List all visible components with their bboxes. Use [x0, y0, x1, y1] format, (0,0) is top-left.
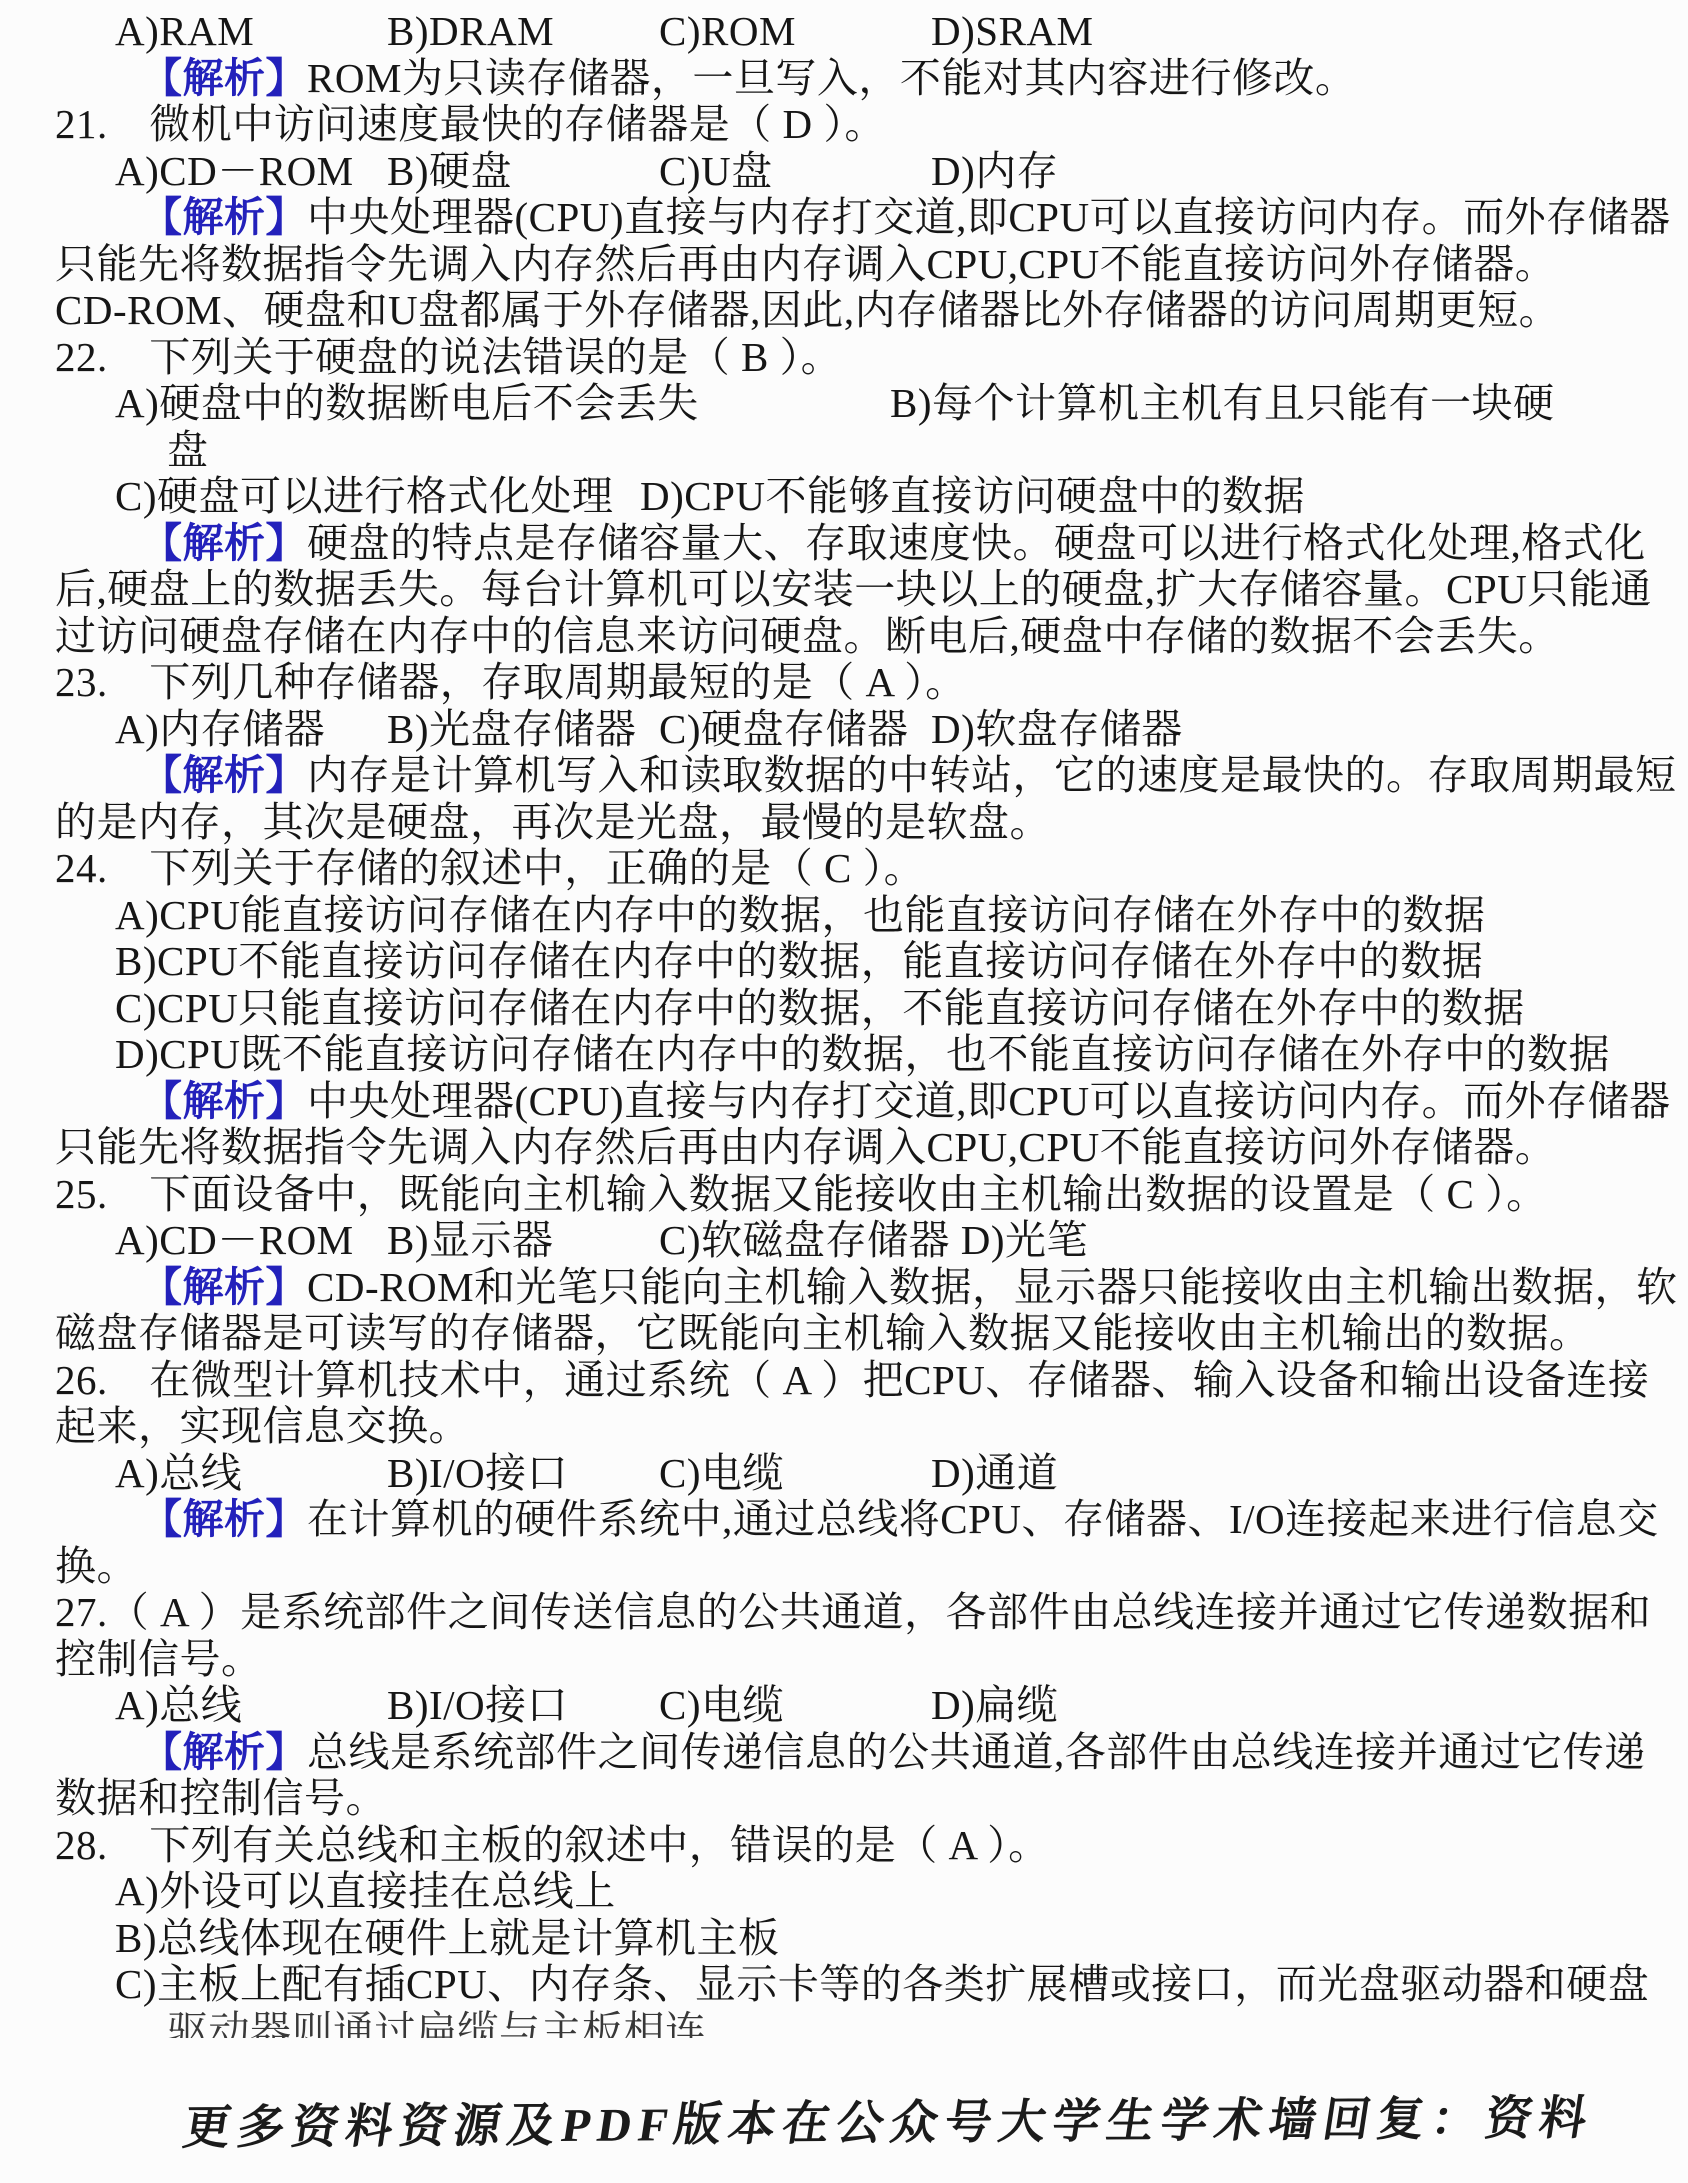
options-row: A)RAMB)DRAMC)ROMD)SRAM — [55, 8, 1638, 55]
text-line: 过访问硬盘存储在内存中的信息来访问硬盘。断电后,硬盘中存储的数据不会丢失。 — [55, 613, 1638, 660]
analysis-line: 【解析】中央处理器(CPU)直接与内存打交道,即CPU可以直接访问内存。而外存储… — [55, 194, 1638, 241]
analysis-label: 【解析】 — [141, 520, 307, 566]
question-line: 28. 下列有关总线和主板的叙述中，错误的是（ A ）。 — [55, 1822, 1638, 1869]
option-item: C)软磁盘存储器 D)光笔 — [659, 1217, 1088, 1264]
analysis-label: 【解析】 — [141, 55, 307, 101]
option-wrap-line: 盘 — [55, 427, 1638, 474]
analysis-text: 在计算机的硬件系统中,通过总线将CPU、存储器、I/O连接起来进行信息交 — [307, 1496, 1659, 1542]
analysis-line: 【解析】在计算机的硬件系统中,通过总线将CPU、存储器、I/O连接起来进行信息交 — [55, 1496, 1638, 1543]
text-line: 只能先将数据指令先调入内存然后再由内存调入CPU,CPU不能直接访问外存储器。 — [55, 241, 1638, 288]
options-row: A)硬盘中的数据断电后不会丢失B)每个计算机主机有且只能有一块硬 — [55, 380, 1638, 427]
option-item: D)通道 — [931, 1450, 1203, 1497]
option-item: B)光盘存储器 — [387, 706, 659, 753]
option-item: C)ROM — [659, 8, 931, 55]
question-line: 24. 下列关于存储的叙述中，正确的是（ C ）。 — [55, 845, 1638, 892]
analysis-line: 【解析】硬盘的特点是存储容量大、存取速度快。硬盘可以进行格式化处理,格式化 — [55, 520, 1638, 567]
footer-watermark: 更多资料资源及PDF版本在公众号大学生学术墙回复：资料 — [49, 2080, 1644, 2158]
option-item: A)总线 — [115, 1450, 387, 1497]
exam-document-page: A)RAMB)DRAMC)ROMD)SRAM【解析】ROM为只读存储器，一旦写入… — [0, 0, 1688, 2183]
option-item: A)内存储器 — [115, 706, 387, 753]
analysis-text: 中央处理器(CPU)直接与内存打交道,即CPU可以直接访问内存。而外存储器 — [307, 194, 1671, 240]
option-item: B)每个计算机主机有且只能有一块硬 — [890, 380, 1555, 427]
option-item: B)I/O接口 — [387, 1682, 659, 1729]
option-item: C)硬盘可以进行格式化处理 — [115, 473, 640, 520]
text-line: 磁盘存储器是可读写的存储器，它既能向主机输入数据又能接收由主机输出的数据。 — [55, 1310, 1638, 1357]
option-item: B)I/O接口 — [387, 1450, 659, 1497]
option-item: D)SRAM — [931, 8, 1203, 55]
option-item: D)扁缆 — [931, 1682, 1203, 1729]
option-item: B)显示器 — [387, 1217, 659, 1264]
option-item: C)电缆 — [659, 1682, 931, 1729]
text-line: 后,硬盘上的数据丢失。每台计算机可以安装一块以上的硬盘,扩大存储容量。CPU只能… — [55, 566, 1638, 613]
analysis-line: 【解析】总线是系统部件之间传递信息的公共通道,各部件由总线连接并通过它传递 — [55, 1729, 1638, 1776]
analysis-text: 总线是系统部件之间传递信息的公共通道,各部件由总线连接并通过它传递 — [307, 1729, 1646, 1775]
option-line: C)主板上配有插CPU、内存条、显示卡等的各类扩展槽或接口，而光盘驱动器和硬盘 — [55, 1961, 1638, 2008]
analysis-label: 【解析】 — [141, 1729, 307, 1775]
text-line: 的是内存，其次是硬盘，再次是光盘，最慢的是软盘。 — [55, 799, 1638, 846]
option-line: A)外设可以直接挂在总线上 — [55, 1868, 1638, 1915]
options-row: A)总线B)I/O接口C)电缆D)通道 — [55, 1450, 1638, 1497]
analysis-text: 中央处理器(CPU)直接与内存打交道,即CPU可以直接访问内存。而外存储器 — [307, 1078, 1671, 1124]
question-line: 25. 下面设备中，既能向主机输入数据又能接收由主机输出数据的设置是（ C ）。 — [55, 1171, 1638, 1218]
text-line: 数据和控制信号。 — [55, 1775, 1638, 1822]
options-row: A)CD－ROMB)显示器C)软磁盘存储器 D)光笔 — [55, 1217, 1638, 1264]
option-item: B)硬盘 — [387, 148, 659, 195]
option-item: A)CD－ROM — [115, 148, 387, 195]
options-row: C)硬盘可以进行格式化处理D)CPU不能够直接访问硬盘中的数据 — [55, 473, 1638, 520]
analysis-text: 硬盘的特点是存储容量大、存取速度快。硬盘可以进行格式化处理,格式化 — [307, 520, 1646, 566]
text-line: 起来，实现信息交换。 — [55, 1403, 1638, 1450]
analysis-text: CD-ROM和光笔只能向主机输入数据，显示器只能接收由主机输出数据，软 — [307, 1264, 1678, 1310]
option-line: D)CPU既不能直接访问存储在内存中的数据，也不能直接访问存储在外存中的数据 — [55, 1031, 1638, 1078]
analysis-label: 【解析】 — [141, 752, 307, 798]
option-item: C)硬盘存储器 — [659, 706, 931, 753]
options-row: A)内存储器B)光盘存储器C)硬盘存储器D)软盘存储器 — [55, 706, 1638, 753]
option-item: A)RAM — [115, 8, 387, 55]
analysis-line: 【解析】CD-ROM和光笔只能向主机输入数据，显示器只能接收由主机输出数据，软 — [55, 1264, 1638, 1311]
options-row: A)CD－ROMB)硬盘C)U盘D)内存 — [55, 148, 1638, 195]
document-lines: A)RAMB)DRAMC)ROMD)SRAM【解析】ROM为只读存储器，一旦写入… — [55, 8, 1638, 2038]
option-item: D)CPU不能够直接访问硬盘中的数据 — [640, 473, 1305, 520]
option-item: C)U盘 — [659, 148, 931, 195]
text-line: 换。 — [55, 1543, 1638, 1590]
option-line: B)CPU不能直接访问存储在内存中的数据，能直接访问存储在外存中的数据 — [55, 938, 1638, 985]
option-item: C)电缆 — [659, 1450, 931, 1497]
analysis-line: 【解析】中央处理器(CPU)直接与内存打交道,即CPU可以直接访问内存。而外存储… — [55, 1078, 1638, 1125]
options-row: A)总线B)I/O接口C)电缆D)扁缆 — [55, 1682, 1638, 1729]
analysis-line: 【解析】ROM为只读存储器，一旦写入，不能对其内容进行修改。 — [55, 55, 1638, 102]
question-line: 23. 下列几种存储器，存取周期最短的是（ A ）。 — [55, 659, 1638, 706]
analysis-label: 【解析】 — [141, 194, 307, 240]
option-line: B)总线体现在硬件上就是计算机主板 — [55, 1915, 1638, 1962]
analysis-line: 【解析】内存是计算机写入和读取数据的中转站，它的速度是最快的。存取周期最短 — [55, 752, 1638, 799]
analysis-label: 【解析】 — [141, 1264, 307, 1310]
question-line: 22. 下列关于硬盘的说法错误的是（ B ）。 — [55, 334, 1638, 381]
option-item: D)软盘存储器 — [931, 706, 1203, 753]
analysis-text: ROM为只读存储器，一旦写入，不能对其内容进行修改。 — [307, 55, 1356, 101]
text-line: 只能先将数据指令先调入内存然后再由内存调入CPU,CPU不能直接访问外存储器。 — [55, 1124, 1638, 1171]
option-item: A)总线 — [115, 1682, 387, 1729]
text-line: 控制信号。 — [55, 1636, 1638, 1683]
option-item: D)内存 — [931, 148, 1203, 195]
option-item: A)CD－ROM — [115, 1217, 387, 1264]
option-item: A)硬盘中的数据断电后不会丢失 — [115, 380, 890, 427]
clipped-line: 驱动器则通过扁缆与主板相连 — [55, 2008, 1638, 2038]
option-line: A)CPU能直接访问存储在内存中的数据，也能直接访问存储在外存中的数据 — [55, 892, 1638, 939]
text-line: CD-ROM、硬盘和U盘都属于外存储器,因此,内存储器比外存储器的访问周期更短。 — [55, 287, 1638, 334]
question-line: 21. 微机中访问速度最快的存储器是（ D ）。 — [55, 101, 1638, 148]
analysis-text: 内存是计算机写入和读取数据的中转站，它的速度是最快的。存取周期最短 — [307, 752, 1677, 798]
option-line: C)CPU只能直接访问存储在内存中的数据，不能直接访问存储在外存中的数据 — [55, 985, 1638, 1032]
question-line: 26. 在微型计算机技术中，通过系统（ A ）把CPU、存储器、输入设备和输出设… — [55, 1357, 1638, 1404]
analysis-label: 【解析】 — [141, 1078, 307, 1124]
option-item: B)DRAM — [387, 8, 659, 55]
analysis-label: 【解析】 — [141, 1496, 307, 1542]
question-line: 27.（ A ）是系统部件之间传送信息的公共通道，各部件由总线连接并通过它传递数… — [55, 1589, 1638, 1636]
